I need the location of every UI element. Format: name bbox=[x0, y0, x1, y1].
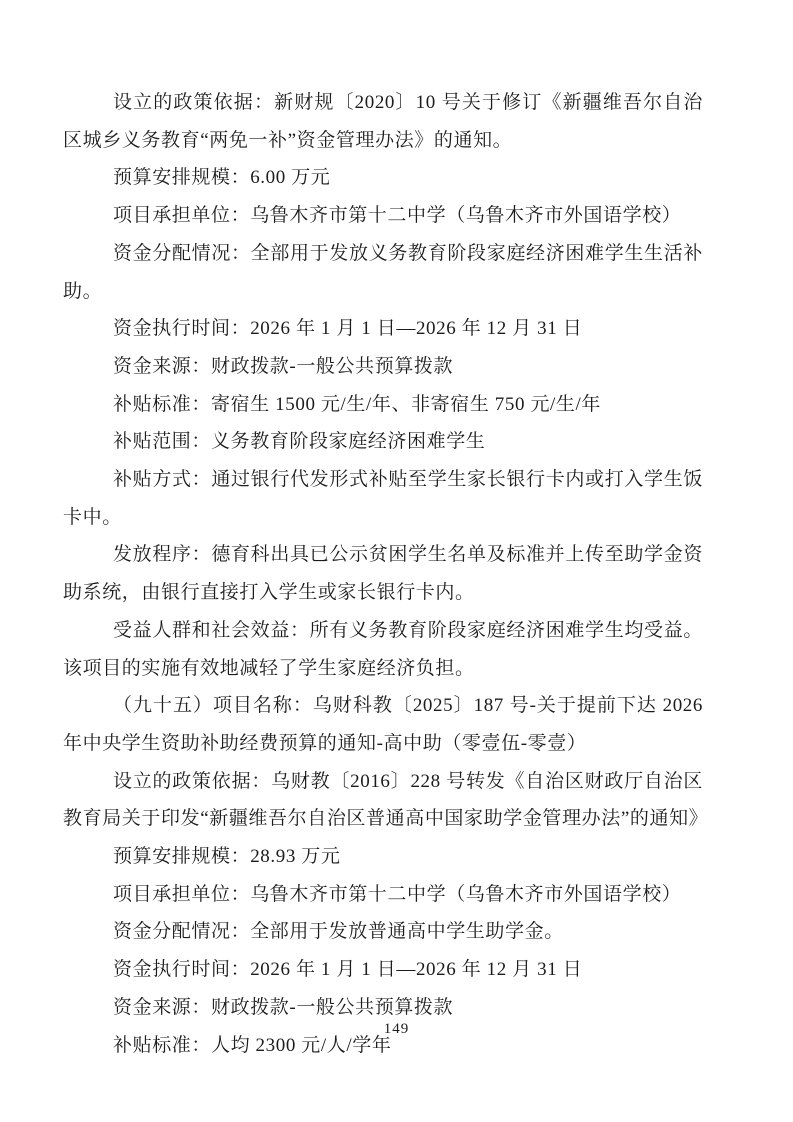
paragraph: 补贴方式：通过银行代发形式补贴至学生家长银行卡内或打入学生饭卡中。 bbox=[63, 461, 703, 536]
paragraph: 补贴标准：寄宿生 1500 元/生/年、非寄宿生 750 元/生/年 bbox=[63, 386, 703, 424]
paragraph: （九十五）项目名称：乌财科教〔2025〕187 号-关于提前下达 2026 年中… bbox=[63, 687, 703, 762]
paragraph: 发放程序：德育科出具已公示贫困学生名单及标准并上传至助学金资助系统，由银行直接打… bbox=[63, 536, 703, 611]
paragraph: 设立的政策依据：新财规〔2020〕10 号关于修订《新疆维吾尔自治区城乡义务教育… bbox=[63, 84, 703, 159]
paragraph: 资金分配情况：全部用于发放义务教育阶段家庭经济困难学生生活补助。 bbox=[63, 235, 703, 310]
paragraph: 资金分配情况：全部用于发放普通高中学生助学金。 bbox=[63, 913, 703, 951]
paragraph: 项目承担单位：乌鲁木齐市第十二中学（乌鲁木齐市外国语学校） bbox=[63, 197, 703, 235]
paragraph: 资金来源：财政拨款-一般公共预算拨款 bbox=[63, 348, 703, 386]
paragraph: 预算安排规模：6.00 万元 bbox=[63, 159, 703, 197]
document-body: 设立的政策依据：新财规〔2020〕10 号关于修订《新疆维吾尔自治区城乡义务教育… bbox=[63, 84, 703, 1064]
paragraph: 资金执行时间：2026 年 1 月 1 日—2026 年 12 月 31 日 bbox=[63, 310, 703, 348]
paragraph: 设立的政策依据：乌财教〔2016〕228 号转发《自治区财政厅自治区教育局关于印… bbox=[63, 763, 703, 838]
paragraph: 补贴范围：义务教育阶段家庭经济困难学生 bbox=[63, 423, 703, 461]
page-number: 149 bbox=[0, 1021, 793, 1038]
paragraph: 资金执行时间：2026 年 1 月 1 日—2026 年 12 月 31 日 bbox=[63, 951, 703, 989]
document-page: 设立的政策依据：新财规〔2020〕10 号关于修订《新疆维吾尔自治区城乡义务教育… bbox=[0, 0, 793, 1122]
paragraph: 受益人群和社会效益：所有义务教育阶段家庭经济困难学生均受益。该项目的实施有效地减… bbox=[63, 612, 703, 687]
paragraph: 项目承担单位：乌鲁木齐市第十二中学（乌鲁木齐市外国语学校） bbox=[63, 876, 703, 914]
paragraph: 预算安排规模：28.93 万元 bbox=[63, 838, 703, 876]
